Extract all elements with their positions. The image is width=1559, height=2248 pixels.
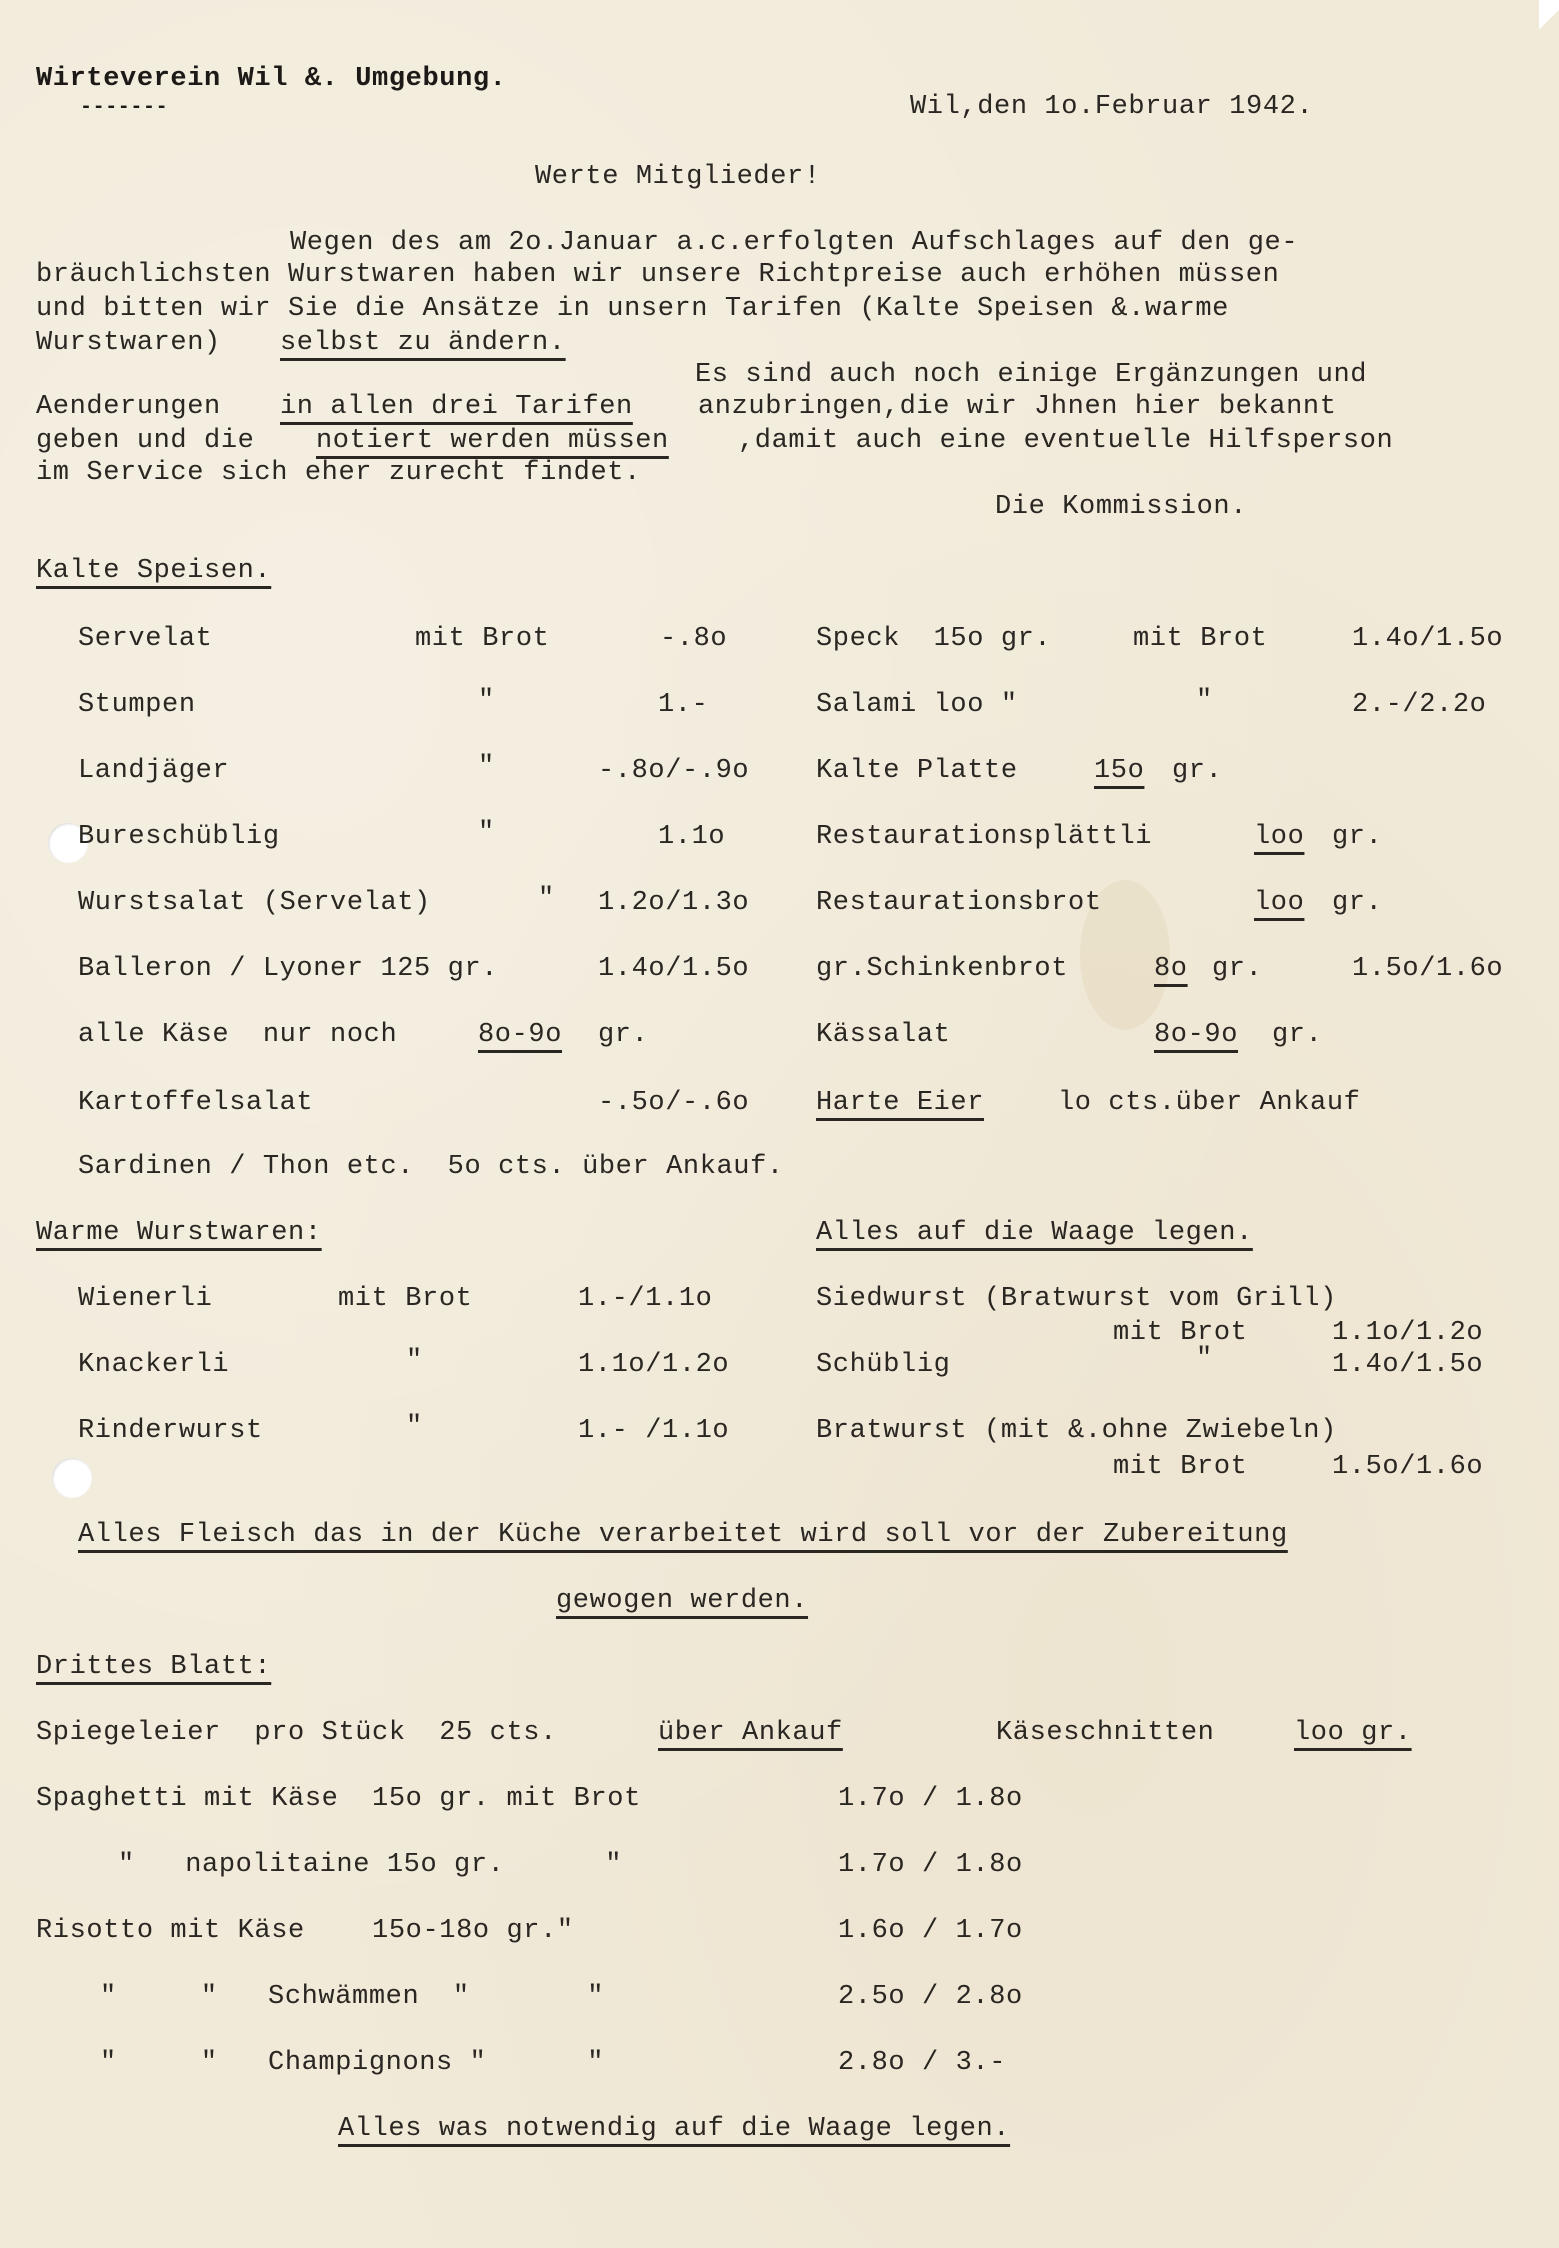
section-heading-warme-wurstwaren: Warme Wurstwaren: <box>36 1220 322 1247</box>
menu-item-name: Wurstsalat (Servelat) <box>78 890 431 917</box>
menu-item-note: mit Brot <box>338 1286 472 1313</box>
menu-item-name: Harte Eier <box>816 1090 984 1117</box>
menu-item-name: Restaurationsplättli <box>816 824 1152 851</box>
closing-notice: Alles was notwendig auf die Waage legen. <box>338 2116 1010 2143</box>
menu-item-name: Siedwurst (Bratwurst vom Grill) <box>816 1286 1337 1313</box>
menu-item-unit: gr. <box>1332 890 1382 917</box>
ditto-mark: " <box>478 820 495 847</box>
menu-item-note: mit Brot <box>1133 626 1267 653</box>
menu-item-price: 2.-/2.2o <box>1352 692 1486 719</box>
ditto-mark: " <box>1196 688 1213 715</box>
menu-item-name: Balleron / Lyoner 125 gr. <box>78 956 498 983</box>
menu-item-name: Risotto mit Käse 15o-18o gr." <box>36 1918 574 1945</box>
section-heading-kalte-speisen: Kalte Speisen. <box>36 558 271 585</box>
menu-item-price: 1.-/1.1o <box>578 1286 712 1313</box>
menu-item-name: Restaurationsbrot <box>816 890 1102 917</box>
salutation: Werte Mitglieder! <box>535 164 821 191</box>
menu-item-weight: 8o-9o <box>478 1022 562 1049</box>
menu-item-name: " " Schwämmen " " <box>100 1984 604 2011</box>
menu-item-price: 1.5o/1.6o <box>1332 1454 1483 1481</box>
menu-item-price: 2.8o / 3.- <box>838 2050 1006 2077</box>
menu-item-name: Stumpen <box>78 692 196 719</box>
menu-item-price: 1.4o/1.5o <box>598 956 749 983</box>
menu-item-note: mit Brot <box>1113 1454 1247 1481</box>
menu-item-price: 1.1o/1.2o <box>578 1352 729 1379</box>
menu-item-name: Bureschüblig <box>78 824 280 851</box>
menu-item-note: mit Brot <box>415 626 549 653</box>
menu-item-name: alle Käse nur noch <box>78 1022 397 1049</box>
menu-item-name: Wienerli <box>78 1286 212 1313</box>
menu-item-price: 1.- <box>658 692 708 719</box>
menu-item-name: Kässalat <box>816 1022 950 1049</box>
menu-item-price: 1.2o/1.3o <box>598 890 749 917</box>
menu-item-name: Speck 15o gr. <box>816 626 1051 653</box>
menu-item-name: Kalte Platte <box>816 758 1018 785</box>
menu-item-name: Kartoffelsalat <box>78 1090 313 1117</box>
menu-item-name: Knackerli <box>78 1352 229 1379</box>
body-line: bräuchlichsten Wurstwaren haben wir unse… <box>36 262 1279 289</box>
menu-item-price: 1.1o <box>658 824 725 851</box>
menu-item-unit: gr. <box>1272 1022 1322 1049</box>
menu-item-name: Bratwurst (mit &.ohne Zwiebeln) <box>816 1418 1337 1445</box>
menu-item-price: -.5o/-.6o <box>598 1090 749 1117</box>
body-line: Wurstwaren) <box>36 330 221 357</box>
section-notice: Alles auf die Waage legen. <box>816 1220 1253 1247</box>
menu-item-weight: loo gr. <box>1294 1720 1412 1747</box>
menu-item-note: mit Brot <box>1113 1320 1247 1347</box>
body-line: anzubringen,die wir Jhnen hier bekannt <box>698 394 1337 421</box>
ditto-mark: " <box>406 1348 423 1375</box>
menu-item-name: Sardinen / Thon etc. 5o cts. über Ankauf… <box>78 1154 784 1181</box>
body-line: Es sind auch noch einige Ergänzungen und <box>695 362 1367 389</box>
body-emphasis: selbst zu ändern. <box>280 330 566 357</box>
menu-item-price: 1.5o/1.6o <box>1352 956 1503 983</box>
section-heading-drittes-blatt: Drittes Blatt: <box>36 1654 271 1681</box>
menu-item-price: 1.4o/1.5o <box>1332 1352 1483 1379</box>
menu-item-unit: gr. <box>1172 758 1222 785</box>
body-line: im Service sich eher zurecht findet. <box>36 460 641 487</box>
folded-corner <box>1539 0 1559 40</box>
menu-item-name: Spaghetti mit Käse 15o gr. mit Brot <box>36 1786 641 1813</box>
ditto-mark: " <box>538 886 555 913</box>
ditto-mark: " <box>478 754 495 781</box>
menu-item-name: Schüblig <box>816 1352 950 1379</box>
menu-item-price: -.8o/-.9o <box>598 758 749 785</box>
menu-item-price: 1.6o / 1.7o <box>838 1918 1023 1945</box>
menu-item-name: Salami loo " <box>816 692 1018 719</box>
body-emphasis: notiert werden müssen <box>316 428 669 455</box>
menu-item-unit: gr. <box>598 1022 648 1049</box>
signature: Die Kommission. <box>995 494 1247 521</box>
menu-item-name: " napolitaine 15o gr. " <box>118 1852 622 1879</box>
menu-item-price: 1.- /1.1o <box>578 1418 729 1445</box>
menu-item-price: 1.4o/1.5o <box>1352 626 1503 653</box>
ditto-mark: " <box>478 688 495 715</box>
menu-item-name: gr.Schinkenbrot <box>816 956 1068 983</box>
menu-item-price: 1.1o/1.2o <box>1332 1320 1483 1347</box>
body-line: und bitten wir Sie die Ansätze in unsern… <box>36 296 1229 323</box>
menu-item-name: Käseschnitten <box>996 1720 1214 1747</box>
menu-item-name: Landjäger <box>78 758 229 785</box>
org-name: Wirteverein Wil &. Umgebung. <box>36 66 506 93</box>
ditto-mark: " <box>1196 1346 1213 1373</box>
document-page: Wirteverein Wil &. Umgebung. ------- Wil… <box>0 0 1559 2248</box>
body-line: Wegen des am 2o.Januar a.c.erfolgten Auf… <box>290 230 1298 257</box>
kitchen-notice-cont: gewogen werden. <box>556 1588 808 1615</box>
menu-item-name: Spiegeleier pro Stück 25 cts. <box>36 1720 557 1747</box>
menu-item-price: 1.7o / 1.8o <box>838 1852 1023 1879</box>
menu-item-unit: gr. <box>1212 956 1262 983</box>
menu-item-name: Servelat <box>78 626 212 653</box>
ditto-mark: " <box>406 1414 423 1441</box>
menu-item-name: " " Champignons " " <box>100 2050 604 2077</box>
menu-item-name: Rinderwurst <box>78 1418 263 1445</box>
menu-item-weight: 8o-9o <box>1154 1022 1238 1049</box>
menu-item-price: 1.7o / 1.8o <box>838 1786 1023 1813</box>
menu-item-unit: gr. <box>1332 824 1382 851</box>
body-line: geben und die <box>36 428 254 455</box>
menu-item-note: über Ankauf <box>658 1720 843 1747</box>
place-date: Wil,den 1o.Februar 1942. <box>910 94 1313 121</box>
menu-item-weight: loo <box>1254 890 1304 917</box>
kitchen-notice: Alles Fleisch das in der Küche verarbeit… <box>78 1522 1288 1549</box>
menu-item-price: -.8o <box>660 626 727 653</box>
body-line: ,damit auch eine eventuelle Hilfsperson <box>738 428 1393 455</box>
body-line: Aenderungen <box>36 394 221 421</box>
menu-item-weight: 15o <box>1094 758 1144 785</box>
menu-item-price: 2.5o / 2.8o <box>838 1984 1023 2011</box>
punch-hole-bottom <box>52 1458 92 1498</box>
menu-item-note: lo cts.über Ankauf <box>1058 1090 1360 1117</box>
menu-item-weight: 8o <box>1154 956 1188 983</box>
org-dashes: ------- <box>80 98 168 118</box>
body-emphasis: in allen drei Tarifen <box>280 394 633 421</box>
menu-item-weight: loo <box>1254 824 1304 851</box>
